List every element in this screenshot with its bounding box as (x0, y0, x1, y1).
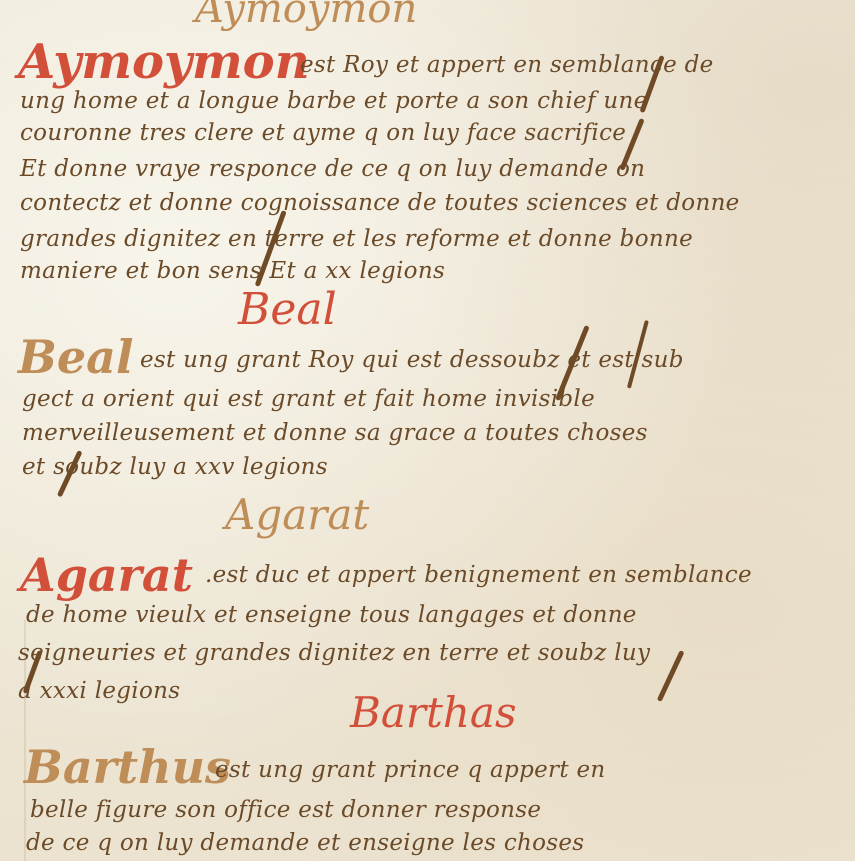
entry-line: merveilleusement et donne sa grace a tou… (22, 418, 648, 448)
entry-line: Et donne vraye responce de ce q on luy d… (20, 154, 645, 184)
initial-word-barthus: Barthus (24, 740, 231, 794)
entry-line: de home vieulx et enseigne tous langages… (26, 600, 637, 630)
entry-line: maniere et bon sens Et a xx legions (20, 256, 445, 286)
entry-line: belle figure son office est donner respo… (30, 795, 541, 825)
entry-line: est ung grant Roy qui est dessoubz et es… (140, 345, 684, 375)
entry-line: contectz et donne cognoissance de toutes… (20, 188, 740, 218)
entry-line: grandes dignitez en terre et les reforme… (20, 224, 693, 254)
entry-line: de ce q on luy demande et enseigne les c… (26, 828, 584, 858)
entry-line: a xxxi legions (18, 676, 180, 706)
heading-agarat: Agarat (225, 490, 369, 539)
descender-stroke (657, 650, 685, 702)
manuscript-page: Aymoymon Aymoymon est Roy et appert en s… (0, 0, 855, 861)
heading-barthas: Barthas (350, 688, 517, 737)
entry-line: gect a orient qui est grant et fait home… (22, 384, 595, 414)
entry-line: ung home et a longue barbe et porte a so… (20, 86, 648, 116)
initial-word-agarat: Agarat (20, 548, 193, 602)
entry-line: seigneuries et grandes dignitez en terre… (18, 638, 650, 668)
heading-aymoymon: Aymoymon (195, 0, 417, 32)
entry-line: couronne tres clere et ayme q on luy fac… (20, 118, 626, 148)
initial-word-beal: Beal (18, 330, 133, 384)
entry-line: est ung grant prince q appert en (215, 755, 606, 785)
heading-beal: Beal (238, 284, 337, 335)
entry-line: .est duc et appert benignement en sembla… (205, 560, 752, 590)
initial-word-aymoymon: Aymoymon (18, 34, 310, 90)
